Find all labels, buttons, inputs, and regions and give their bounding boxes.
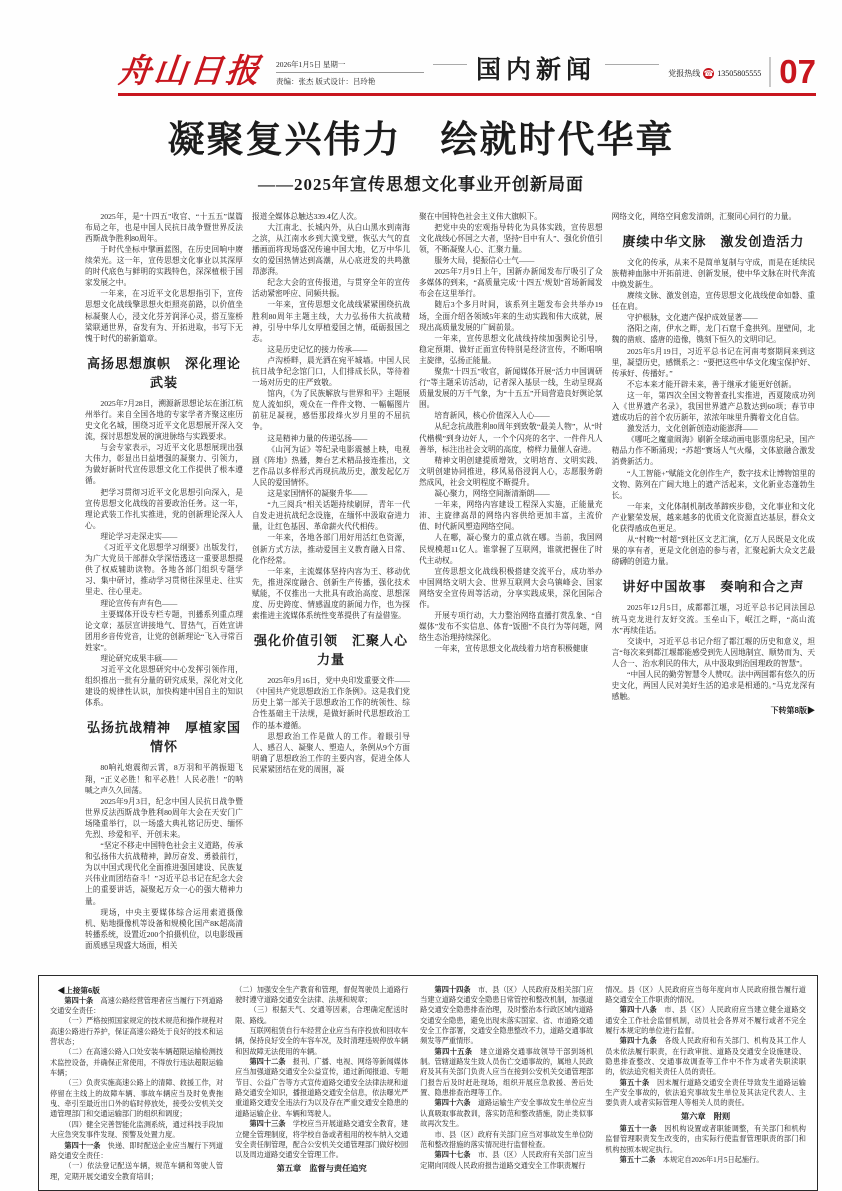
paragraph: “坚定不移走中国特色社会主义道路，传承和弘扬伟大抗战精神，踔厉奋发、勇毅前行，为…: [85, 840, 243, 907]
paragraph: 文化的传承，从来不是简单复制与守成，而是在延续民族精神血脉中开拓前进、创新发展，…: [612, 257, 815, 290]
chapter-heading: 第五章 监督与责任追究: [235, 1163, 408, 1174]
paragraph: 大江南北、长城内外，从白山黑水到南海之滨，从江南水乡到大漠戈壁，恢弘大气的直播画…: [252, 222, 410, 277]
paragraph: 现场，中央主要媒体综合运用索道摄像机、贴地摄像机等设备和规模化国产8K超高清转播…: [85, 907, 243, 951]
hotline-label: 党报热线: [668, 68, 700, 79]
paragraph: 第四十条 高速公路经营管理者应当履行下列道路交通安全责任：: [50, 996, 223, 1017]
article-number: 第五十二条: [620, 1155, 663, 1164]
paragraph: 主要媒体开设专栏专题，刊播系列重点理论文章；基层宣讲接地气、冒热气，百姓宣讲团用…: [85, 609, 243, 653]
article-number: 第四十条: [64, 996, 100, 1005]
paragraph: 交谈中，习近平总书记介绍了都江堰的历史和意义，坦言“每次来到都江堰都能感受到先人…: [612, 636, 815, 669]
newspaper-logo: 舟山日报: [116, 54, 263, 87]
header-rule-right: [605, 64, 659, 65]
newspaper-page: 舟山日报 2026年1月5日 星期一 责编：张杰 版式设计：吕玲艳 国内新闻 党…: [0, 0, 842, 1191]
regulation-column-1: ◀上接第6版第四十条 高速公路经营管理者应当履行下列道路交通安全责任：（一）严格…: [50, 985, 223, 1181]
paragraph: 从纪念抗战胜利80周年到致敬“最美人物”，从“时代楷模”到身边好人，一个个闪亮的…: [419, 421, 603, 454]
section-heading: 赓续中华文脉 激发创造活力: [612, 231, 815, 250]
paragraph: （一）依法登记配送车辆，规范车辆和驾驶人管理，定期开展交通安全教育培训；: [50, 1161, 223, 1181]
regulation-box: ◀上接第6版第四十条 高速公路经营管理者应当履行下列道路交通安全责任：（一）严格…: [38, 975, 818, 1191]
section-heading: 弘扬抗战精神 厚植家国情怀: [85, 717, 243, 755]
regulation-column-4: 情况。县（区）人民政府应当每年度向市人民政府报告履行道路交通安全工作职责的情况。…: [605, 985, 806, 1181]
paragraph: 第五十一条 因机构设置或者职能调整，有关部门和机构监督管理职责发生改变的，由实际…: [605, 1124, 806, 1155]
header-divider: [769, 57, 771, 87]
paragraph: 80响礼炮震彻云霄，8万羽和平鸽振翅飞翔，“正义必胜！和平必胜！人民必胜！”的呐…: [85, 762, 243, 795]
paragraph: （四）健全完善智能化监测系统，通过科技手段加大应急突发事件发现、预警及处置力度。: [50, 1120, 223, 1141]
paragraph: 第四十三条 学校应当开展道路交通安全教育，建立健全管理制度，将学校自备或者租用的…: [235, 1119, 408, 1160]
paragraph: 一年来，各地各部门用好用活红色资源，创新方式方法，推动爱国主义教育融入日常、化作…: [252, 532, 410, 565]
article-number: 第四十六条: [435, 1098, 478, 1107]
paragraph: 一年来，宣传思想文化战线紧紧围绕抗战胜利80周年主题主线，大力弘扬伟大抗战精神，…: [252, 299, 410, 343]
regulation-column-3: 第四十四条 市、县（区）人民政府及相关部门应当建立道路交通安全隐患日常管控和整改…: [420, 985, 593, 1181]
paragraph: 《习近平文化思想学习纲要》出版发行，为广大党员干部群众学深悟透这一重要思想提供了…: [85, 542, 243, 597]
paragraph: （二）在高速公路入口处安装车辆超限运输检测技术监控设备，并确保正常使用，不得放行…: [50, 1047, 223, 1078]
article-header: 凝聚复兴伟力 绘就时代华章 ——2025年宣传思想文化事业开创新局面: [40, 120, 802, 195]
paragraph: 2025年7月28日，溯源新思想论坛在浙江杭州举行。来自全国各地的专家学者齐聚这…: [85, 398, 243, 442]
regulation-column-2: （二）加强安全生产教育和管理，督促驾驶员上道路行驶时遵守道路交通安全法律、法规和…: [235, 985, 408, 1181]
paragraph: 市、县（区）政府有关部门应当对事故发生单位防范和整改措施的落实情况进行监督检查。: [420, 1130, 593, 1151]
paragraph: 第四十四条 市、县（区）人民政府及相关部门应当建立道路交通安全隐患日常管控和整改…: [420, 985, 593, 1047]
paragraph: 从“村晚”“村超”到社区文艺汇演，亿万人民既是文化成果的享有者，更是文化创造的参…: [612, 534, 815, 567]
paragraph: 这一年，第四次全国文物普查扎实推进，西夏陵成功列入《世界遗产名录》，我国世界遗产…: [612, 390, 815, 423]
continued-from-marker[interactable]: ◀上接第6版: [50, 985, 223, 996]
paragraph: 凝心聚力，网络空间渐清渐朗——: [419, 488, 603, 499]
article-column-4: 网络文化，网络空间愈发清朗，汇聚同心同行的力量。赓续中华文脉 激发创造活力文化的…: [612, 211, 815, 967]
paragraph: 不忘本来才能开辟未来，善于继承才能更好创新。: [612, 379, 815, 390]
paragraph: 2025年5月19日，习近平总书记在河南考察期间来到这里，凝望历史，感慨系之：“…: [612, 346, 815, 379]
paragraph: 网络文化，网络空间愈发清朗，汇聚同心同行的力量。: [612, 211, 815, 222]
article-number: 第四十九条: [620, 1036, 665, 1045]
paragraph: 激发活力，文化创新创造动能澎湃——: [612, 423, 815, 434]
article-number: 第四十八条: [620, 1005, 665, 1014]
paragraph: 一年来，主流媒体坚持内容为王、移动优先，推进深度融合、创新生产传播，强化技术赋能…: [252, 566, 410, 621]
page-number[interactable]: 07: [779, 57, 816, 87]
article-headline: 凝聚复兴伟力 绘就时代华章: [40, 120, 802, 161]
paragraph: 一年来，宣传思想文化战线着力培育积极健康: [419, 643, 603, 654]
paragraph: 人在哪，凝心聚力的重点就在哪。当前，我国网民规模超11亿人。谁掌握了互联网，谁就…: [419, 532, 603, 565]
paragraph: （二）加强安全生产教育和管理，督促驾驶员上道路行驶时遵守道路交通安全法律、法规和…: [235, 985, 408, 1006]
paragraph: 把党中央的宏观指导转化为具体实践，宣传思想文化战线心怀国之大者，坚持“目中有人”…: [419, 222, 603, 255]
header-rule-left: [433, 64, 467, 65]
paragraph: 互联网租赁自行车经营企业应当有序投放和回收车辆，保持良好安全的车容车况，及时清理…: [235, 1026, 408, 1057]
editor-line: 责编：张杰 版式设计：吕玲艳: [276, 76, 424, 87]
paragraph: 第四十五条 建立道路交通事故领导干部到场机制。管辖道路发生致人员伤亡交通事故的，…: [420, 1047, 593, 1099]
paragraph: 守护根脉，文化遗产保护成效显著——: [612, 312, 815, 323]
article-number: 第四十一条: [64, 1141, 107, 1150]
paragraph: 于时代坐标中擘画蓝图，在历史回响中赓续荣光。这一年，宣传思想文化事业以其深厚的时…: [85, 244, 243, 288]
jump-to-page-marker[interactable]: 下转第8版▶: [612, 705, 815, 716]
paragraph: 报道全媒体总触达339.4亿人次。: [252, 211, 410, 222]
paragraph: 与会专家表示，习近平文化思想展现出强大伟力，彰显出日益增强的凝聚力、引领力，为做…: [85, 442, 243, 486]
article-number: 第四十二条: [249, 1057, 292, 1066]
page-header: 舟山日报 2026年1月5日 星期一 责编：张杰 版式设计：吕玲艳 国内新闻 党…: [118, 54, 816, 87]
paragraph: 开展专项行动，大力整治网络直播打赏乱象、“自媒体”发布不实信息、体育“饭圈”不良…: [419, 610, 603, 643]
paragraph: 2025年，是“十四五”收官、“十五五”谋篇布局之年，也是中国人民抗日战争暨世界…: [85, 211, 243, 244]
article-number: 第四十五条: [435, 1047, 480, 1056]
article-number: 第五十条: [620, 1078, 657, 1087]
section-heading: 讲好中国故事 奏响和合之声: [612, 576, 815, 595]
paragraph: 《山河为证》等纪录电影震撼上映，电视剧《阵地》热播，舞台艺术精品接连推出，文艺作…: [252, 444, 410, 488]
article-number: 第四十四条: [435, 985, 478, 994]
paragraph: 第五十二条 本规定自2026年1月5日起施行。: [605, 1155, 806, 1165]
paragraph: “人工智能+”赋能文化创作生产，数字技术让博物馆里的文物、陈列在广阔大地上的遗产…: [612, 468, 815, 501]
paragraph: 第四十九条 各级人民政府和有关部门、机构及其工作人员未依法履行职责，在行政审批、…: [605, 1036, 806, 1077]
hotline: 党报热线 ☎ 13505805555: [668, 68, 761, 79]
paragraph: “中国人民的勤劳智慧令人赞叹。法中两国都有悠久的历史文化，两国人民对美好生活的追…: [612, 669, 815, 702]
paragraph: 理论研究成果丰硕——: [85, 653, 243, 664]
paragraph: 第四十二条 报刊、广播、电视、网络等新闻媒体应当加强道路交通安全公益宣传，通过新…: [235, 1057, 408, 1119]
paragraph: 一年来，网络内容建设工程深入实施，正能量充沛、主旋律高昂的网络内容供给更加丰富，…: [419, 499, 603, 532]
paragraph: 习近平文化思想研究中心发挥引领作用，组织推出一批有分量的研究成果，深化对文化建设…: [85, 664, 243, 708]
paragraph: 第四十六条 道路运输生产安全事故发生单位应当认真吸取事故教训，落实防范和整改措施…: [420, 1098, 593, 1129]
paragraph: （三）根据天气、交通等因素，合理确定配送时限、路线。: [235, 1005, 408, 1026]
paragraph: 服务大局，提振信心士气——: [419, 255, 603, 266]
paragraph: 卢沟桥畔，晨光洒在宛平城墙。中国人民抗日战争纪念馆门口，人们排成长队，等待着一场…: [252, 355, 410, 388]
paragraph: 第四十一条 快递、即时配送企业应当履行下列道路交通安全责任：: [50, 1141, 223, 1162]
paragraph: 理论学习走深走实——: [85, 531, 243, 542]
paragraph: 培育新风，核心价值深入人心——: [419, 410, 603, 421]
phone-icon: ☎: [703, 68, 714, 79]
section-heading: 高扬思想旗帜 深化理论武装: [85, 353, 243, 391]
section-heading: 强化价值引领 汇聚人心力量: [252, 630, 410, 668]
paragraph: 理论宣传有声有色——: [85, 598, 243, 609]
hotline-number: 13505805555: [717, 69, 761, 78]
paragraph: 2025年7月9日上午，国新办新闻发布厅吸引了众多媒体的到来，“高质量完成‘十四…: [419, 266, 603, 299]
paragraph: 2025年9月16日，党中央印发重要文件——《中国共产党思想政治工作条例》。这是…: [252, 675, 410, 730]
article-body: 2025年，是“十四五”收官、“十五五”谋篇布局之年，也是中国人民抗日战争暨世界…: [85, 211, 815, 967]
paragraph: 这是家国情怀的凝聚升华——: [252, 488, 410, 499]
paragraph: 把学习贯彻习近平文化思想引向深入，是宣传思想文化战线的首要政治任务。这一年，理论…: [85, 487, 243, 531]
chapter-heading: 第六章 附则: [605, 1111, 806, 1122]
paragraph: 第四十八条 市、县（区）人民政府应当建立健全道路交通安全工作社会监督机制，动员社…: [605, 1005, 806, 1036]
article-column-2: 报道全媒体总触达339.4亿人次。大江南北、长城内外，从白山黑水到南海之滨，从江…: [252, 211, 410, 967]
paragraph: （一）严格按照国家规定的技术规范和操作规程对高速公路进行养护，保证高速公路处于良…: [50, 1016, 223, 1047]
section-title: 国内新闻: [476, 58, 596, 83]
paragraph: 情况。县（区）人民政府应当每年度向市人民政府报告履行道路交通安全工作职责的情况。: [605, 985, 806, 1006]
paragraph: 随后3个多月时间，该系列主题发布会共举办19场，全面介绍各领域5年来的生动实践和…: [419, 299, 603, 332]
date-line: 2026年1月5日 星期一: [276, 59, 424, 73]
paragraph: 一年来，宣传思想文化战线持续加强舆论引导，稳定预期、做好正面宣传特别是经济宣传，…: [419, 333, 603, 366]
paragraph: 2025年9月3日，纪念中国人民抗日战争暨世界反法西斯战争胜利80周年大会在天安…: [85, 796, 243, 840]
paragraph: 一年来，在习近平文化思想指引下，宣传思想文化战线擎思想火炬照亮前路，以价值坐标凝…: [85, 288, 243, 343]
article-column-1: 2025年，是“十四五”收官、“十五五”谋篇布局之年，也是中国人民抗日战争暨世界…: [85, 211, 243, 967]
paragraph: 《哪吒之魔童闹海》刷新全球动画电影票房纪录，国产精品力作不断涌现；“苏超”赛场人…: [612, 434, 815, 467]
paragraph: 精神文明创建提质增效，文明培育、文明实践、文明创建协同推进，移风易俗浸润人心，志…: [419, 455, 603, 488]
date-editor-block: 2026年1月5日 星期一 责编：张杰 版式设计：吕玲艳: [276, 59, 424, 88]
article-number: 第五十一条: [620, 1124, 665, 1133]
article-subtitle: ——2025年宣传思想文化事业开创新局面: [40, 170, 802, 195]
masthead-rule: [118, 93, 816, 96]
paragraph: 馆内，《为了民族解放与世界和平》主题展览人流如织，观众在一件件文物、一幅幅图片前…: [252, 388, 410, 432]
paragraph: 第四十七条 市、县（区）人民政府有关部门应当定期向同级人民政府报告道路交通安全工…: [420, 1150, 593, 1171]
article-column-3: 聚在中国特色社会主义伟大旗帜下。把党中央的宏观指导转化为具体实践，宣传思想文化战…: [419, 211, 603, 967]
paragraph: 聚焦“十四五”收官，新闻媒体开展“活力中国调研行”等主题采访活动，记者深入基层一…: [419, 366, 603, 410]
article-number: 第四十七条: [435, 1150, 478, 1159]
paragraph: 纪念大会的宣传报道，与贯穿全年的宣传活动紧密呼应、同频共振。: [252, 277, 410, 299]
paragraph: 洛阳之南，伊水之畔，龙门石窟千龛拱列。崖壁间，北魏的凿痕、盛唐的造像，镌刻下恒久…: [612, 323, 815, 345]
paragraph: 聚在中国特色社会主义伟大旗帜下。: [419, 211, 603, 222]
paragraph: 一年来，文化体制机制改革蹄疾步稳，文化事业和文化产业繁荣发展，越来越多的优质文化…: [612, 501, 815, 534]
paragraph: “九三阅兵”相关话题持续刷屏，青年一代自发走进抗战纪念设施，在缅怀中汲取奋进力量…: [252, 499, 410, 532]
paragraph: 宣传思想文化战线积极搭建交流平台，成功举办中国网络文明大会、世界互联网大会乌镇峰…: [419, 566, 603, 610]
paragraph: 这是精神力量的传递弘扬——: [252, 433, 410, 444]
article-number: 第四十三条: [249, 1119, 292, 1128]
paragraph: 赓续文脉、激发创造，宣传思想文化战线使命如磐、重任在肩。: [612, 290, 815, 312]
paragraph: 2025年12月5日，成都都江堰，习近平总书记同法国总统马克龙进行友好交流。玉垒…: [612, 602, 815, 635]
paragraph: 这是历史记忆的接力传承——: [252, 344, 410, 355]
paragraph: 第五十条 因未履行道路交通安全责任导致发生道路运输生产安全事故的，依法追究事故发…: [605, 1078, 806, 1109]
paragraph: （三）负责实施高速公路上的清障、救援工作，对停留在主线上的故障车辆、事故车辆应当…: [50, 1078, 223, 1119]
paragraph: 思想政治工作是做人的工作。着眼引导人、感召人、凝聚人、塑造人，条例从9个方面明确…: [252, 731, 410, 775]
